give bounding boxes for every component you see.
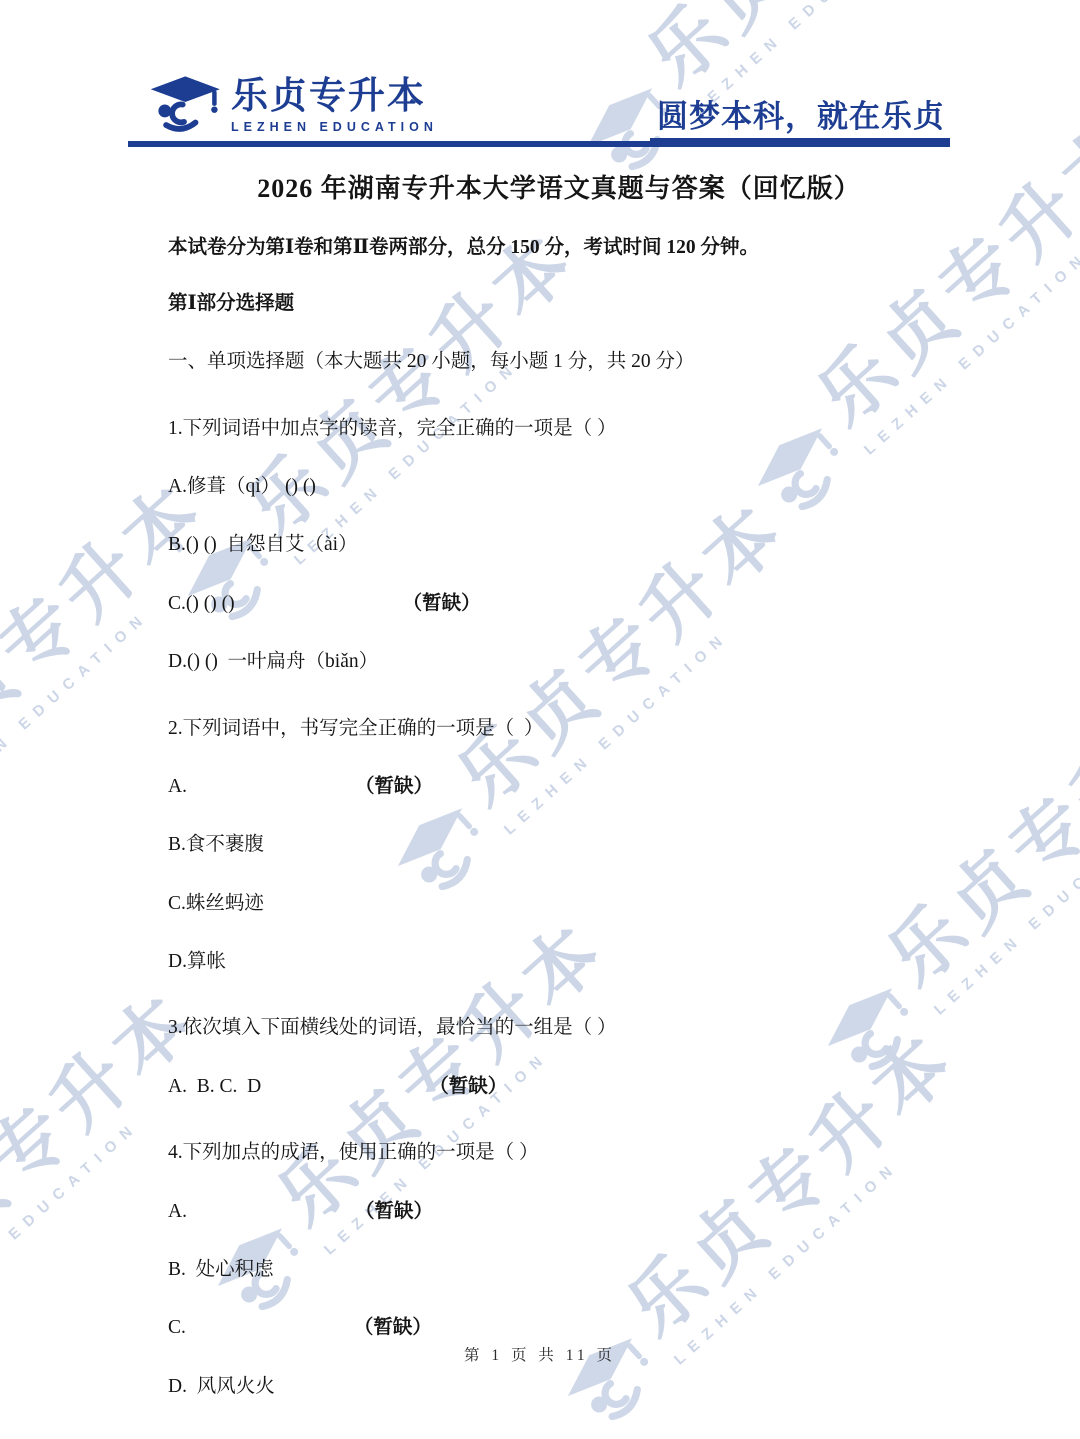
- missing-note: （暂缺）: [355, 776, 433, 797]
- option-text: D. 风风火火: [168, 1376, 275, 1397]
- option-line: B.食不裹腹: [168, 833, 950, 857]
- brand-name-cn: 乐贞专升本: [231, 77, 438, 114]
- option-text: B. 处心积虑: [168, 1259, 274, 1280]
- missing-note: （暂缺）: [355, 1201, 433, 1222]
- page-header: 乐贞专升本 LEZHEN EDUCATION 圆梦本科，就在乐贞: [0, 0, 1080, 134]
- divider-line: [128, 141, 650, 147]
- option-line: A.（暂缺）: [168, 1200, 950, 1224]
- option-line: D.() () 一叶扁舟（biǎn）: [168, 650, 950, 674]
- option-text: C.: [168, 1317, 186, 1338]
- option-line: C.蛛丝蚂迹: [168, 892, 950, 916]
- option-line: A. B. C. D（暂缺）: [168, 1075, 950, 1099]
- question-stem: 4.下列加点的成语，使用正确的一项是（ ）: [168, 1141, 950, 1165]
- option-text: D.算帐: [168, 951, 226, 972]
- brand-name-en: LEZHEN EDUCATION: [231, 120, 438, 134]
- option-line: D. 风风火火: [168, 1375, 950, 1399]
- question-stem: 3.依次填入下面横线处的词语，最恰当的一组是（ ）: [168, 1016, 950, 1040]
- option-line: B.() () 自怨自艾（ài）: [168, 533, 950, 557]
- page-title: 2026 年湖南专升本大学语文真题与答案（回忆版）: [168, 173, 950, 206]
- option-text: A. B. C. D: [168, 1076, 261, 1097]
- missing-note: （暂缺）: [429, 1076, 507, 1097]
- missing-note: （暂缺）: [354, 1317, 432, 1338]
- option-text: A.修葺（qì） () (): [168, 476, 316, 497]
- watermark-subtext: LEZHEN EDUCATION: [931, 731, 1080, 1018]
- section-heading: 第Ⅰ部分选择题: [168, 292, 950, 316]
- question-stem: 2.下列词语中，书写完全正确的一项是（ ）: [168, 717, 950, 741]
- page-number: 第 1 页 共 11 页: [464, 1347, 616, 1364]
- header-divider: [128, 138, 950, 147]
- brand-slogan: 圆梦本科，就在乐贞: [657, 101, 945, 134]
- slogan-underline: [650, 138, 950, 147]
- page-footer: 第 1 页 共 11 页: [0, 1343, 1080, 1365]
- missing-note: （暂缺）: [403, 593, 481, 614]
- option-text: A.: [168, 1201, 187, 1222]
- option-line: B. 处心积虑: [168, 1258, 950, 1282]
- option-line: A.修葺（qì） () (): [168, 475, 950, 499]
- option-text: B.食不裹腹: [168, 834, 264, 855]
- option-text: C.蛛丝蚂迹: [168, 893, 264, 914]
- question-stem: 1.下列词语中加点字的读音，完全正确的一项是（ ）: [168, 417, 950, 441]
- option-line: C.() () ()（暂缺）: [168, 592, 950, 616]
- option-line: C.（暂缺）: [168, 1316, 950, 1340]
- grad-cap-icon: [145, 70, 223, 134]
- option-line: A.（暂缺）: [168, 775, 950, 799]
- subsection-heading: 一、单项选择题（本大题共 20 小题，每小题 1 分，共 20 分）: [168, 350, 950, 374]
- document-page: 乐贞专升本LEZHEN EDUCATION 乐贞专升本LEZHEN EDUCAT…: [0, 0, 1080, 1439]
- option-text: A.: [168, 776, 187, 797]
- option-line: D.算帐: [168, 950, 950, 974]
- option-text: C.() () (): [168, 593, 235, 614]
- document-body: 2026 年湖南专升本大学语文真题与答案（回忆版） 本试卷分为第Ⅰ卷和第Ⅱ卷两部…: [168, 173, 950, 1399]
- exam-intro: 本试卷分为第Ⅰ卷和第Ⅱ卷两部分，总分 150 分，考试时间 120 分钟。: [168, 236, 950, 260]
- option-text: D.() () 一叶扁舟（biǎn）: [168, 651, 378, 672]
- option-text: B.() () 自怨自艾（ài）: [168, 534, 358, 555]
- brand-logo: 乐贞专升本 LEZHEN EDUCATION: [145, 70, 438, 134]
